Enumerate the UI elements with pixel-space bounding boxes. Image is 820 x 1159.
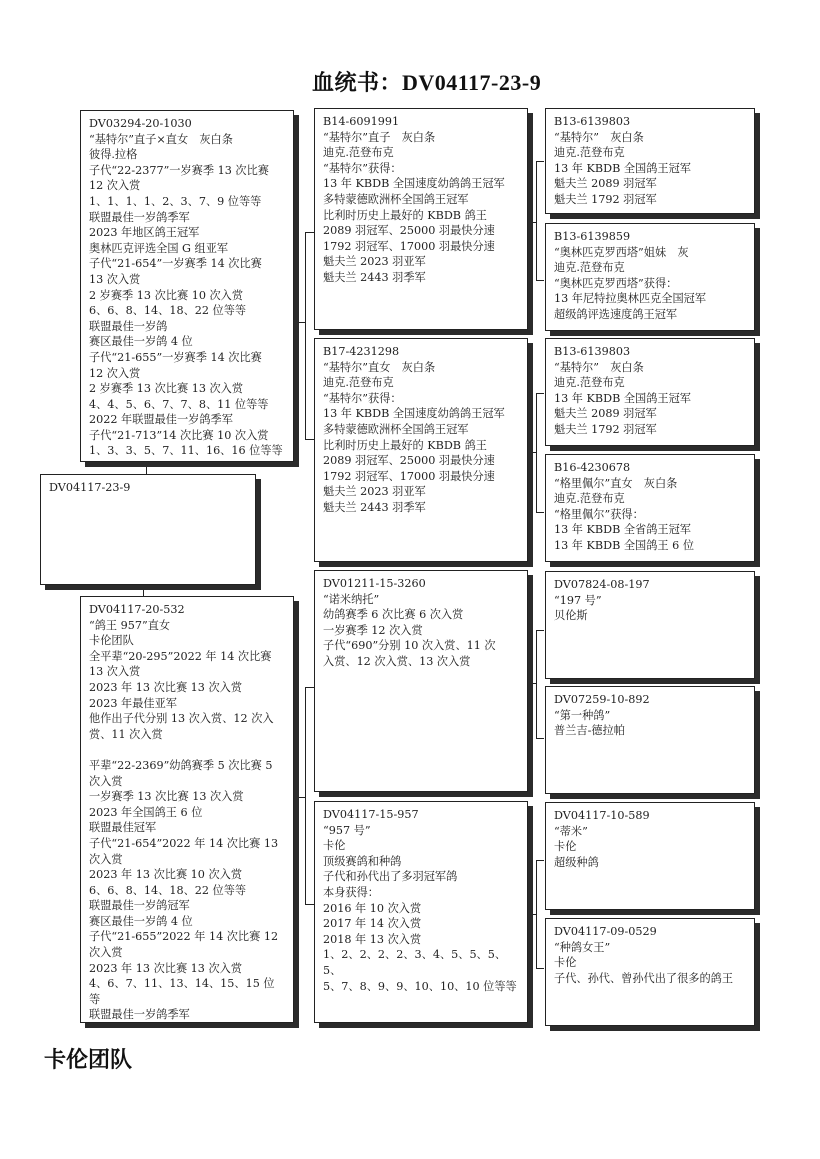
pedigree-detail-line: 5、7、8、9、9、10、10、10 位等等 <box>323 979 519 995</box>
pedigree-detail-line: 子代“21-713”14 次比赛 10 次入赏 <box>89 428 285 444</box>
pedigree-detail-line: 平辈“22-2369”幼鸽赛季 5 次比赛 5 <box>89 758 285 774</box>
pedigree-detail-line: 2023 年 13 次比赛 13 次入赏 <box>89 961 285 977</box>
pedigree-detail-line: 4、6、7、11、13、14、15、15 位等 <box>89 976 285 1007</box>
sire-dam-card: B17-4231298“基特尔”直女 灰白条迪克.范登布克“基特尔”获得：13 … <box>314 338 528 562</box>
sire-card: DV03294-20-1030“基特尔”直子×直女 灰白条彼得.拉格子代“22-… <box>80 110 294 462</box>
pedigree-title: 血统书：DV04117-23-9 <box>312 66 541 97</box>
dam-sire-card: DV01211-15-3260“诺米纳托”幼鸽赛季 6 次比赛 6 次入赏一岁赛… <box>314 570 528 792</box>
pedigree-detail-line: 卡伦团队 <box>89 633 285 649</box>
connector-sd-top <box>536 393 544 394</box>
pedigree-detail-line: 1、2、2、2、2、3、4、5、5、5、5、 <box>323 947 519 978</box>
dd-sire-card: DV04117-10-589“蒂米”卡伦超级种鸽 <box>545 802 755 910</box>
ring-number: DV03294-20-1030 <box>89 116 285 132</box>
pedigree-detail-line: 子代“21-655”2022 年 14 次比赛 12 <box>89 929 285 945</box>
pedigree-detail-line: 12 次入赏 <box>89 178 285 194</box>
pedigree-detail-line: “第一种鸽” <box>554 708 746 724</box>
pedigree-detail-line: 2017 年 14 次入赏 <box>323 916 519 932</box>
ring-number: B16-4230678 <box>554 460 746 476</box>
pedigree-detail-line <box>89 742 285 758</box>
pedigree-detail-line: 赏、11 次入赏 <box>89 727 285 743</box>
pedigree-detail-line: 幼鸽赛季 6 次比赛 6 次入赏 <box>323 607 519 623</box>
pedigree-detail-line: 次入赏 <box>89 945 285 961</box>
pedigree-detail-line: 2022 年联盟最佳一岁鸽季军 <box>89 412 285 428</box>
pedigree-detail-line: 子代、孙代、曾孙代出了很多的鸽王 <box>554 971 746 987</box>
pedigree-detail-line: 本身获得： <box>323 885 519 901</box>
pedigree-detail-line: 1、1、1、1、2、3、7、9 位等等 <box>89 194 285 210</box>
pedigree-detail-line: 13 年 KBDB 全国鸽王 6 位 <box>554 538 746 554</box>
connector-sd-h <box>528 452 536 453</box>
pedigree-detail-line: 13 年 KBDB 全国速度幼鸽鸽王冠军 <box>323 406 519 422</box>
ring-number: DV04117-15-957 <box>323 807 519 823</box>
pedigree-detail-line: 2023 年 13 次比赛 10 次入赏 <box>89 867 285 883</box>
ring-number: DV07824-08-197 <box>554 577 746 593</box>
pedigree-detail-line: “基特尔” 灰白条 <box>554 130 746 146</box>
pedigree-detail-line: 13 年 KBDB 全国速度幼鸽鸽王冠军 <box>323 176 519 192</box>
pedigree-detail-line: 彼得.拉格 <box>89 147 285 163</box>
connector-dam-v <box>305 687 306 905</box>
sd-sire-card: B13-6139803“基特尔” 灰白条迪克.范登布克13 年 KBDB 全国鸽… <box>545 338 755 446</box>
pedigree-detail-line: 子代“21-655”一岁赛季 14 次比赛 <box>89 350 285 366</box>
pedigree-detail-line: 迪克.范登布克 <box>554 260 746 276</box>
pedigree-detail-line: 13 次入赏 <box>89 664 285 680</box>
pedigree-detail-line: 超级种鸽 <box>554 855 746 871</box>
pedigree-detail-line: 入赏、12 次入赏、13 次入赏 <box>323 654 519 670</box>
dd-dam-card: DV04117-09-0529“种鸽女王”卡伦子代、孙代、曾孙代出了很多的鸽王 <box>545 918 755 1026</box>
pedigree-detail-line: 2023 年全国鸽王 6 位 <box>89 805 285 821</box>
pedigree-detail-line: 13 年 KBDB 全省鸽王冠军 <box>554 522 746 538</box>
pedigree-detail-line: “基特尔”直女 灰白条 <box>323 360 519 376</box>
pedigree-detail-line: 多特蒙德欧洲杯全国鸽王冠军 <box>323 192 519 208</box>
pedigree-detail-line: 1、3、3、5、7、11、16、16 位等等 <box>89 443 285 459</box>
pedigree-detail-line: “种鸽女王” <box>554 940 746 956</box>
pedigree-detail-line: 迪克.范登布克 <box>323 375 519 391</box>
pedigree-detail-line: 2089 羽冠军、25000 羽最快分速 <box>323 223 519 239</box>
pedigree-detail-line: 子代“22-2377”一岁赛季 13 次比赛 <box>89 163 285 179</box>
connector-ds-v <box>536 630 537 739</box>
pedigree-detail-line: 赛区最佳一岁鸽 4 位 <box>89 914 285 930</box>
pedigree-detail-line: 6、6、8、14、18、22 位等等 <box>89 303 285 319</box>
connector-sire-v <box>305 232 306 440</box>
pedigree-detail-line: 2023 年 13 次比赛 13 次入赏 <box>89 680 285 696</box>
ring-number: B14-6091991 <box>323 114 519 130</box>
pedigree-detail-line: 联盟最佳一岁鸽季军 <box>89 210 285 226</box>
connector-ds-h <box>528 683 536 684</box>
pedigree-detail-line: 子代和孙代出了多羽冠军鸽 <box>323 869 519 885</box>
ring-number: DV04117-09-0529 <box>554 924 746 940</box>
ring-number: B13-6139803 <box>554 114 746 130</box>
pedigree-detail-line: “基特尔”直子×直女 灰白条 <box>89 132 285 148</box>
pedigree-detail-line: 13 年尼特拉奥林匹克全国冠军 <box>554 291 746 307</box>
ring-number: B17-4231298 <box>323 344 519 360</box>
pedigree-detail-line: 联盟最佳一岁鸽季军 <box>89 1007 285 1023</box>
pedigree-detail-line: 奥林匹克评选全国 G 组亚军 <box>89 241 285 257</box>
pedigree-detail-line: 卡伦 <box>323 838 519 854</box>
connector-sd-v <box>536 393 537 513</box>
pedigree-detail-line: 魁夫兰 2089 羽冠军 <box>554 406 746 422</box>
pedigree-detail-line: 2018 年 13 次入赏 <box>323 932 519 948</box>
pedigree-detail-line: 迪克.范登布克 <box>323 145 519 161</box>
connector-sire-bot <box>305 439 314 440</box>
ring-number: B13-6139803 <box>554 344 746 360</box>
dam-dam-card: DV04117-15-957“957 号”卡伦顶级赛鸽和种鸽子代和孙代出了多羽冠… <box>314 801 528 1023</box>
pedigree-detail-line: 次入赏 <box>89 774 285 790</box>
ring-number: B13-6139859 <box>554 229 746 245</box>
pedigree-detail-line: 普兰吉-德拉帕 <box>554 723 746 739</box>
pedigree-detail-line: 6、6、8、14、18、22 位等等 <box>89 883 285 899</box>
pedigree-detail-line: 魁夫兰 2443 羽季军 <box>323 270 519 286</box>
pedigree-detail-line: 魁夫兰 1792 羽冠军 <box>554 192 746 208</box>
connector-ds-top <box>536 630 544 631</box>
connector-dd-h <box>528 914 536 915</box>
pedigree-detail-line: 赛区最佳一岁鸽 4 位 <box>89 334 285 350</box>
connector-dam-bot <box>305 904 314 905</box>
pedigree-detail-line: “奥林匹克罗西塔”姐妹 灰 <box>554 245 746 261</box>
pedigree-detail-line: 魁夫兰 2023 羽亚军 <box>323 484 519 500</box>
pedigree-detail-line: “格里佩尔”获得： <box>554 507 746 523</box>
pedigree-detail-line: 1792 羽冠军、17000 羽最快分速 <box>323 239 519 255</box>
pedigree-detail-line: “基特尔”直子 灰白条 <box>323 130 519 146</box>
connector-sd-bot <box>536 512 544 513</box>
connector-dd-top <box>536 860 544 861</box>
pedigree-detail-line: 卡伦 <box>554 839 746 855</box>
pedigree-detail-line: 联盟最佳一岁鸽冠军 <box>89 898 285 914</box>
pedigree-detail-line: “197 号” <box>554 593 746 609</box>
pedigree-detail-line: 2089 羽冠军、25000 羽最快分速 <box>323 453 519 469</box>
pedigree-detail-line: “基特尔”获得： <box>323 391 519 407</box>
connector-dd-v <box>536 860 537 969</box>
ring-number: DV04117-20-532 <box>89 602 285 618</box>
pedigree-detail-line: 他作出子代分别 13 次入赏、12 次入 <box>89 711 285 727</box>
pedigree-detail-line: 次入赏 <box>89 852 285 868</box>
pedigree-detail-line: 魁夫兰 2443 羽季军 <box>323 500 519 516</box>
connector-dam-top <box>305 687 314 688</box>
connector-sire-top <box>305 232 314 233</box>
pedigree-detail-line: “奥林匹克罗西塔”获得： <box>554 276 746 292</box>
connector-ss-top <box>536 161 544 162</box>
pedigree-detail-line: 贝伦斯 <box>554 608 746 624</box>
pedigree-detail-line: “蒂米” <box>554 824 746 840</box>
connector-ss-v <box>536 161 537 281</box>
pedigree-detail-line: 子代“21-654”一岁赛季 14 次比赛 <box>89 256 285 272</box>
pedigree-detail-line: 子代“21-654”2022 年 14 次比赛 13 <box>89 836 285 852</box>
pedigree-detail-line: 13 次入赏 <box>89 272 285 288</box>
connector-sire-subject <box>146 461 147 475</box>
ds-dam-card: DV07259-10-892“第一种鸽”普兰吉-德拉帕 <box>545 686 755 794</box>
pedigree-detail-line: 2016 年 10 次入赏 <box>323 901 519 917</box>
pedigree-detail-line: 比利时历史上最好的 KBDB 鸽王 <box>323 438 519 454</box>
pedigree-detail-line: 迪克.范登布克 <box>554 145 746 161</box>
ss-sire-card: B13-6139803“基特尔” 灰白条迪克.范登布克13 年 KBDB 全国鸽… <box>545 108 755 214</box>
pedigree-detail-line: 一岁赛季 12 次入赏 <box>323 623 519 639</box>
pedigree-detail-line: 迪克.范登布克 <box>554 375 746 391</box>
pedigree-detail-line: 12 次入赏 <box>89 366 285 382</box>
pedigree-detail-line: “格里佩尔”直女 灰白条 <box>554 476 746 492</box>
subject-card: DV04117-23-9 <box>40 474 256 585</box>
connector-dd-bot <box>536 968 544 969</box>
pedigree-detail-line: “957 号” <box>323 823 519 839</box>
breeder-footer: 卡伦团队 <box>44 1043 132 1074</box>
pedigree-detail-line: 顶级赛鸽和种鸽 <box>323 854 519 870</box>
ds-sire-card: DV07824-08-197“197 号”贝伦斯 <box>545 571 755 679</box>
pedigree-detail-line: 迪克.范登布克 <box>554 491 746 507</box>
pedigree-detail-line: “基特尔”获得： <box>323 161 519 177</box>
pedigree-detail-line: 魁夫兰 1792 羽冠军 <box>554 422 746 438</box>
pedigree-detail-line: 4、4、5、6、7、7、8、11 位等等 <box>89 397 285 413</box>
pedigree-detail-line: 比利时历史上最好的 KBDB 鸽王 <box>323 208 519 224</box>
pedigree-detail-line: “基特尔” 灰白条 <box>554 360 746 376</box>
sd-dam-card: B16-4230678“格里佩尔”直女 灰白条迪克.范登布克“格里佩尔”获得：1… <box>545 454 755 562</box>
pedigree-detail-line: 魁夫兰 2023 羽亚军 <box>323 254 519 270</box>
pedigree-detail-line: “鸽王 957”直女 <box>89 618 285 634</box>
pedigree-detail-line: 魁夫兰 2089 羽冠军 <box>554 176 746 192</box>
pedigree-detail-line: 2023 年地区鸽王冠军 <box>89 225 285 241</box>
pedigree-detail-line: 13 年 KBDB 全国鸽王冠军 <box>554 161 746 177</box>
pedigree-detail-line: 多特蒙德欧洲杯全国鸽王冠军 <box>323 422 519 438</box>
dam-card: DV04117-20-532“鸽王 957”直女卡伦团队全平辈“20-295”2… <box>80 596 294 1023</box>
sire-sire-card: B14-6091991“基特尔”直子 灰白条迪克.范登布克“基特尔”获得：13 … <box>314 108 528 330</box>
pedigree-detail-line: “诺米纳托” <box>323 592 519 608</box>
connector-ss-h <box>528 222 536 223</box>
connector-ss-bot <box>536 280 544 281</box>
pedigree-detail-line: 2 岁赛季 13 次比赛 10 次入赏 <box>89 288 285 304</box>
pedigree-detail-line: 全平辈“20-295”2022 年 14 次比赛 <box>89 649 285 665</box>
pedigree-detail-line: 1792 羽冠军、17000 羽最快分速 <box>323 469 519 485</box>
pedigree-detail-line: 2 岁赛季 13 次比赛 13 次入赏 <box>89 381 285 397</box>
pedigree-detail-line: 子代“690”分别 10 次入赏、11 次 <box>323 638 519 654</box>
ring-number: DV07259-10-892 <box>554 692 746 708</box>
connector-ds-bot <box>536 738 544 739</box>
pedigree-detail-line: 联盟最佳一岁鸽 <box>89 319 285 335</box>
ring-number: DV04117-23-9 <box>49 480 247 496</box>
ring-number: DV04117-10-589 <box>554 808 746 824</box>
pedigree-detail-line: 超级鸽评选速度鸽王冠军 <box>554 307 746 323</box>
pedigree-detail-line: 13 年 KBDB 全国鸽王冠军 <box>554 391 746 407</box>
ring-number: DV01211-15-3260 <box>323 576 519 592</box>
pedigree-detail-line: 一岁赛季 13 次比赛 13 次入赏 <box>89 789 285 805</box>
pedigree-detail-line: 2023 年最佳亚军 <box>89 696 285 712</box>
pedigree-detail-line: 卡伦 <box>554 955 746 971</box>
pedigree-detail-line: 联盟最佳冠军 <box>89 820 285 836</box>
ss-dam-card: B13-6139859“奥林匹克罗西塔”姐妹 灰迪克.范登布克“奥林匹克罗西塔”… <box>545 223 755 331</box>
